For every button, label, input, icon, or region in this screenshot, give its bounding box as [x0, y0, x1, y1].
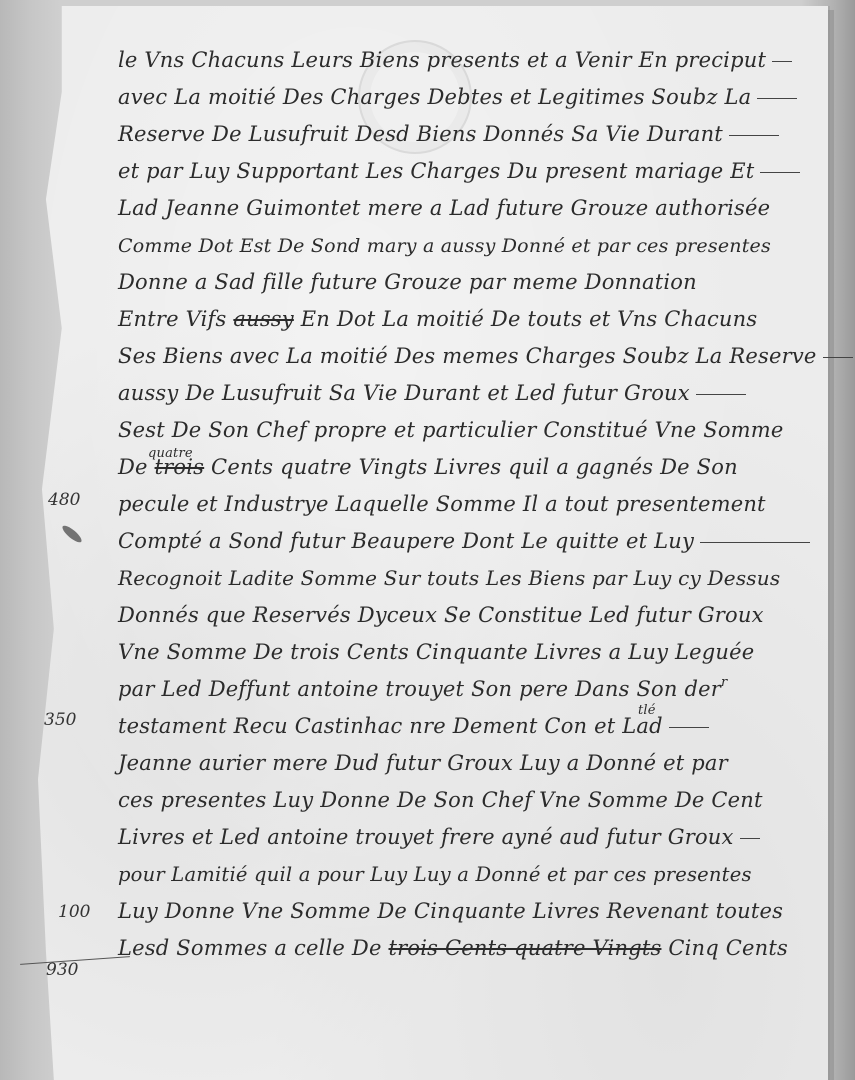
line-text: Entre Vifs aussy En Dot La moitié De tou…: [118, 307, 757, 331]
line-filler-dash: [696, 394, 746, 395]
line-text: Vne Somme De trois Cents Cinquante Livre…: [118, 640, 754, 664]
line-text: testament Recu Castinhac nre Dement Con …: [118, 714, 663, 738]
line-text: Luy Donne Vne Somme De Cinquante Livres …: [118, 899, 783, 923]
text-line: Luy Donne Vne Somme De Cinquante Livres …: [118, 893, 818, 930]
line-text: avec La moitié Des Charges Debtes et Leg…: [118, 85, 751, 109]
line-text: pour Lamitié quil a pour Luy Luy a Donné…: [118, 863, 752, 886]
superscript-abbrev: tlé: [638, 704, 656, 717]
line-text: Sest De Son Chef propre et particulier C…: [118, 418, 784, 442]
line-text: Jeanne aurier mere Dud futur Groux Luy a…: [118, 751, 728, 775]
margin-amount-350: 350: [44, 710, 76, 730]
superscript-abbrev: r: [721, 675, 727, 690]
interlinear-insertion: quatre: [148, 447, 193, 460]
line-filler-dash: [772, 61, 792, 62]
manuscript-text: le Vns Chacuns Leurs Biens presents et a…: [118, 42, 818, 967]
text-line: De trois Cents quatre Vingts Livres quil…: [118, 449, 818, 486]
line-text: pecule et Industrye Laquelle Somme Il a …: [118, 492, 766, 516]
text-line: Vne Somme De trois Cents Cinquante Livre…: [118, 634, 818, 671]
line-filler-dash: [823, 357, 853, 358]
text-line: Donnés que Reservés Dyceux Se Constitue …: [118, 597, 818, 634]
line-continuation: Cinq Cents: [668, 936, 788, 960]
text-line: Lad Jeanne Guimontet mere a Lad future G…: [118, 190, 818, 227]
line-text: Recognoit Ladite Somme Sur touts Les Bie…: [118, 566, 780, 590]
margin-total-930: 930: [46, 960, 78, 980]
line-filler-dash: [700, 542, 810, 543]
line-text: Donnés que Reservés Dyceux Se Constitue …: [118, 603, 764, 627]
line-text: Ses Biens avec La moitié Des memes Charg…: [118, 344, 817, 368]
line-text: ces presentes Luy Donne De Son Chef Vne …: [118, 788, 763, 812]
line-text: Reserve De Lusufruit Desd Biens Donnés S…: [118, 122, 723, 146]
text-line: et par Luy Supportant Les Charges Du pre…: [118, 153, 818, 190]
line-filler-dash: [729, 135, 779, 136]
line-text: Compté a Sond futur Beaupere Dont Le qui…: [118, 529, 694, 553]
text-line: Jeanne aurier mere Dud futur Groux Luy a…: [118, 745, 818, 782]
line-text: et par Luy Supportant Les Charges Du pre…: [118, 159, 754, 183]
margin-amount-100: 100: [58, 902, 90, 922]
margin-amount-480: 480: [48, 490, 80, 510]
text-line: Comme Dot Est De Sond mary a aussy Donné…: [118, 227, 818, 264]
line-text: Livres et Led antoine trouyet frere ayné…: [118, 825, 734, 849]
line-text: De trois Cents quatre Vingts Livres quil…: [118, 455, 738, 479]
line-filler-dash: [740, 838, 760, 839]
text-line: pour Lamitié quil a pour Luy Luy a Donné…: [118, 856, 818, 893]
text-line: Livres et Led antoine trouyet frere ayné…: [118, 819, 818, 856]
text-line: Donne a Sad fille future Grouze par meme…: [118, 264, 818, 301]
text-line: testament Recu Castinhac nre Dement Con …: [118, 708, 818, 745]
text-line: Lesd Sommes a celle De trois Cents quatr…: [118, 930, 818, 967]
line-text: par Led Deffunt antoine trouyet Son pere…: [118, 677, 721, 701]
line-text: aussy De Lusufruit Sa Vie Durant et Led …: [118, 381, 690, 405]
text-line: pecule et Industrye Laquelle Somme Il a …: [118, 486, 818, 523]
line-text: Lad Jeanne Guimontet mere a Lad future G…: [118, 196, 770, 220]
text-line: Ses Biens avec La moitié Des memes Charg…: [118, 338, 818, 375]
line-filler-dash: [757, 98, 797, 99]
text-line: Sest De Son Chef propre et particulier C…: [118, 412, 818, 449]
text-line: avec La moitié Des Charges Debtes et Leg…: [118, 79, 818, 116]
text-line: le Vns Chacuns Leurs Biens presents et a…: [118, 42, 818, 79]
line-text: Comme Dot Est De Sond mary a aussy Donné…: [118, 235, 771, 257]
struck-word: aussy: [233, 307, 293, 331]
line-filler-dash: [669, 727, 709, 728]
text-line: ces presentes Luy Donne De Son Chef Vne …: [118, 782, 818, 819]
line-text: Donne a Sad fille future Grouze par meme…: [118, 270, 697, 294]
text-line: Entre Vifs aussy En Dot La moitié De tou…: [118, 301, 818, 338]
line-text: le Vns Chacuns Leurs Biens presents et a…: [118, 48, 766, 72]
page-fold-edge: [828, 10, 834, 1080]
text-line: aussy De Lusufruit Sa Vie Durant et Led …: [118, 375, 818, 412]
text-line: Recognoit Ladite Somme Sur touts Les Bie…: [118, 560, 818, 597]
struck-phrase: trois Cents quatre Vingts: [388, 936, 661, 960]
text-line: Reserve De Lusufruit Desd Biens Donnés S…: [118, 116, 818, 153]
line-text: Lesd Sommes a celle De: [118, 936, 382, 960]
line-filler-dash: [760, 172, 800, 173]
text-line: par Led Deffunt antoine trouyet Son pere…: [118, 671, 818, 708]
text-line: Compté a Sond futur Beaupere Dont Le qui…: [118, 523, 818, 560]
